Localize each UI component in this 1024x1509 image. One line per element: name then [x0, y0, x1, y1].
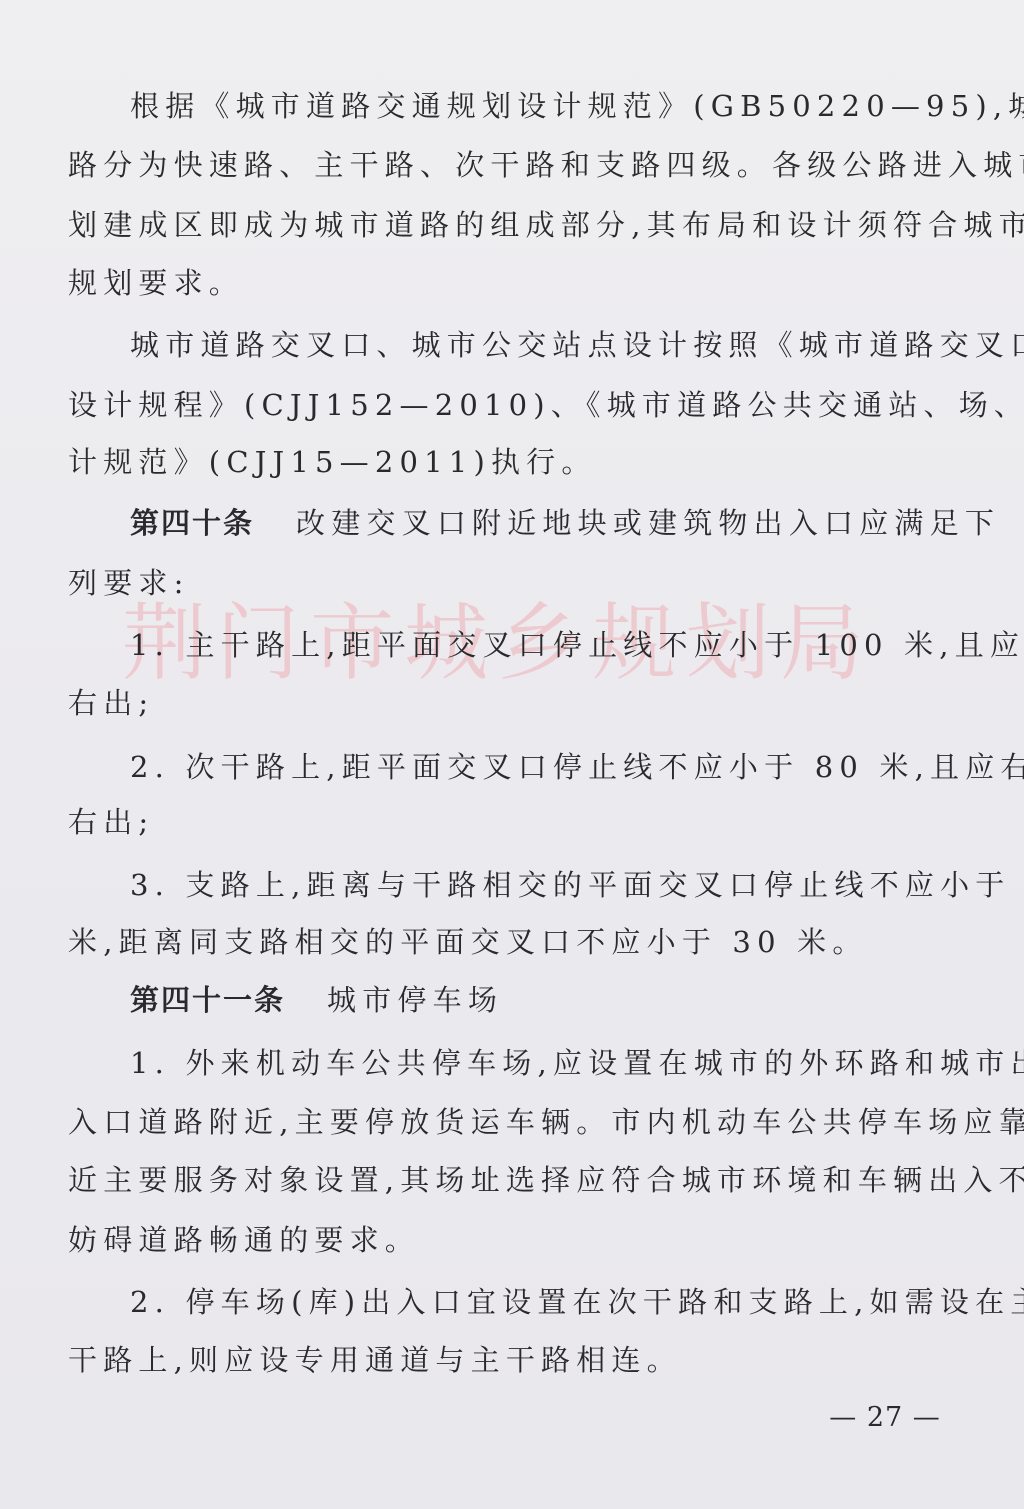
article-40-item-2-line-2: 右出; — [68, 802, 964, 842]
article-40-text: 改建交叉口附近地块或建筑物出入口应满足下 — [296, 506, 1000, 540]
paragraph-2-line-3: 计规范》(CJJ15—2011)执行。 — [68, 442, 964, 482]
paragraph-1-line-4: 规划要求。 — [68, 263, 964, 303]
page-number: — 27 — — [820, 1400, 950, 1436]
article-40-item-1-line-2: 右出; — [68, 683, 964, 723]
article-40-line-2: 列要求: — [68, 563, 964, 603]
article-40-item-3-line-2: 米,距离同支路相交的平面交叉口不应小于 30 米。 — [68, 922, 964, 962]
paragraph-2-line-1: 城市道路交叉口、城市公交站点设计按照《城市道路交叉口 — [130, 325, 964, 365]
article-41-item-1-line-3: 近主要服务对象设置,其场址选择应符合城市环境和车辆出入不 — [68, 1160, 964, 1200]
article-41-item-2-line-1: 2. 停车场(库)出入口宜设置在次干路和支路上,如需设在主 — [130, 1282, 964, 1322]
article-40-item-3-line-1: 3. 支路上,距离与干路相交的平面交叉口停止线不应小于 50 — [130, 865, 964, 905]
article-41-title: 城市停车场 — [327, 983, 503, 1017]
article-41-heading: 第四十一条 — [130, 983, 285, 1017]
document-page: 荆门市城乡规划局 根据《城市道路交通规划设计规范》(GB50220—95),城市… — [0, 0, 1024, 1509]
article-40-item-1-line-1: 1. 主干路上,距平面交叉口停止线不应小于 100 米,且应右进 — [130, 625, 964, 665]
article-41-line-1: 第四十一条城市停车场 — [130, 980, 964, 1020]
article-40-line-1: 第四十条改建交叉口附近地块或建筑物出入口应满足下 — [130, 503, 964, 543]
article-41-item-1-line-1: 1. 外来机动车公共停车场,应设置在城市的外环路和城市出 — [130, 1043, 964, 1083]
article-41-item-1-line-4: 妨碍道路畅通的要求。 — [68, 1220, 964, 1260]
paragraph-1-line-2: 路分为快速路、主干路、次干路和支路四级。各级公路进入城市规 — [68, 145, 964, 185]
paragraph-1-line-3: 划建成区即成为城市道路的组成部分,其布局和设计须符合城市 — [68, 205, 964, 245]
article-41-item-1-line-2: 入口道路附近,主要停放货运车辆。市内机动车公共停车场应靠 — [68, 1102, 964, 1142]
paragraph-2-line-2: 设计规程》(CJJ152—2010)、《城市道路公共交通站、场、厂工程设 — [68, 385, 964, 425]
article-40-heading: 第四十条 — [130, 506, 254, 540]
paragraph-1-line-1: 根据《城市道路交通规划设计规范》(GB50220—95),城市道 — [130, 86, 964, 126]
article-40-item-2-line-1: 2. 次干路上,距平面交叉口停止线不应小于 80 米,且应右进 — [130, 747, 964, 787]
article-41-item-2-line-2: 干路上,则应设专用通道与主干路相连。 — [68, 1340, 964, 1380]
